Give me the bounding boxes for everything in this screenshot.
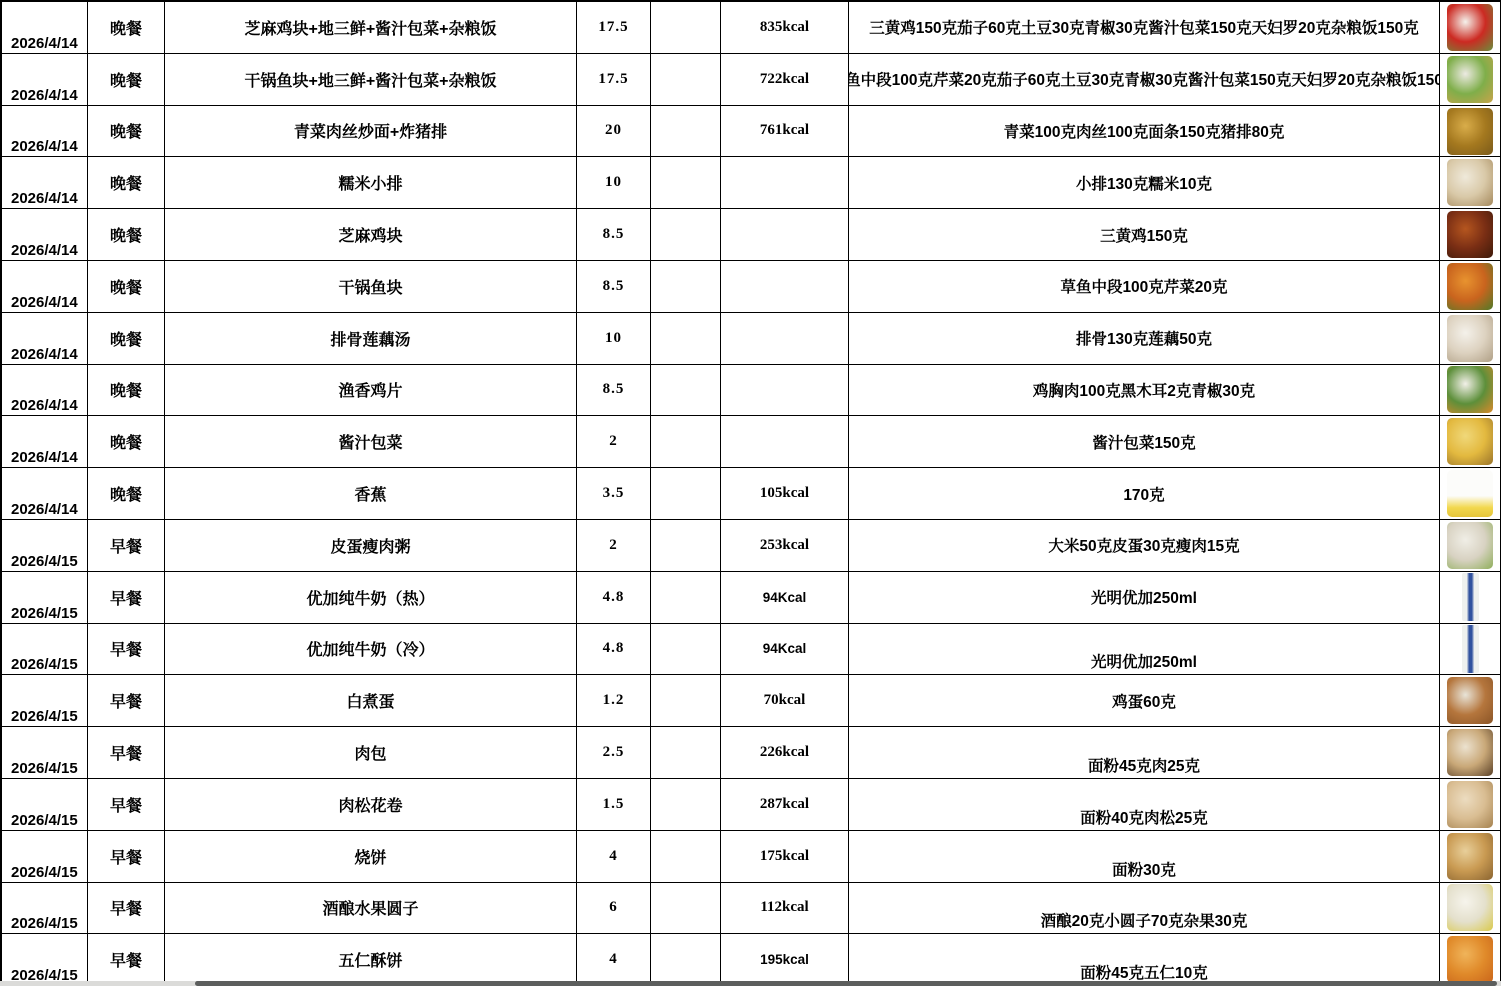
calories-cell[interactable] xyxy=(721,416,849,467)
photo-cell[interactable] xyxy=(1440,572,1501,623)
dish-name-cell[interactable]: 肉包 xyxy=(165,727,577,778)
rice-ball-steamer-photo xyxy=(1447,159,1493,206)
calories-cell[interactable]: 253kcal xyxy=(721,520,849,571)
table-row: 2026/4/14 晚餐 干锅鱼块+地三鲜+酱汁包菜+杂粮饭 17.5 722k… xyxy=(2,54,1501,106)
photo-cell[interactable] xyxy=(1440,934,1501,985)
ingredients-cell[interactable]: 面粉45克五仁10克 xyxy=(849,934,1440,985)
date-cell[interactable]: 2026/4/14 xyxy=(2,313,88,364)
empty-cell[interactable] xyxy=(651,365,721,416)
dry-pot-fish-photo xyxy=(1447,263,1493,310)
ingredients-cell[interactable]: 面粉40克肉松25克 xyxy=(849,779,1440,830)
meal-type-cell[interactable]: 晚餐 xyxy=(88,209,165,260)
price-cell[interactable]: 1.5 xyxy=(577,779,651,830)
ingredients-cell[interactable]: 酱汁包菜150克 xyxy=(849,416,1440,467)
meal-type-cell[interactable]: 晚餐 xyxy=(88,313,165,364)
ingredients-cell[interactable]: 草鱼中段100克芹菜20克茄子60克土豆30克青椒30克酱汁包菜150克天妇罗2… xyxy=(849,54,1440,105)
dish-name-cell[interactable]: 芝麻鸡块 xyxy=(165,209,577,260)
empty-cell[interactable] xyxy=(651,261,721,312)
table-row: 2026/4/15 早餐 优加纯牛奶（冷） 4.8 94Kcal 光明优加250… xyxy=(2,624,1501,676)
dish-name-cell[interactable]: 芝麻鸡块+地三鲜+酱汁包菜+杂粮饭 xyxy=(165,2,577,53)
date-cell[interactable]: 2026/4/15 xyxy=(2,675,88,726)
calories-cell[interactable]: 105kcal xyxy=(721,468,849,519)
photo-cell[interactable] xyxy=(1440,365,1501,416)
dish-name-cell[interactable]: 酱汁包菜 xyxy=(165,416,577,467)
table-row: 2026/4/14 晚餐 排骨莲藕汤 10 排骨130克莲藕50克 xyxy=(2,313,1501,365)
photo-cell[interactable] xyxy=(1440,209,1501,260)
ingredients-cell[interactable]: 青菜100克肉丝100克面条150克猪排80克 xyxy=(849,106,1440,157)
table-row: 2026/4/15 早餐 优加纯牛奶（热） 4.8 94Kcal 光明优加250… xyxy=(2,572,1501,624)
date-cell[interactable]: 2026/4/15 xyxy=(2,572,88,623)
meat-bun-photo xyxy=(1447,729,1493,776)
meal-type-cell[interactable]: 晚餐 xyxy=(88,157,165,208)
empty-cell[interactable] xyxy=(651,779,721,830)
meal-type-cell[interactable]: 早餐 xyxy=(88,831,165,882)
photo-cell[interactable] xyxy=(1440,624,1501,675)
calories-cell[interactable]: 94Kcal xyxy=(721,572,849,623)
price-cell[interactable]: 4.8 xyxy=(577,572,651,623)
dish-name-cell[interactable]: 皮蛋瘦肉粥 xyxy=(165,520,577,571)
ingredients-cell[interactable]: 三黄鸡150克 xyxy=(849,209,1440,260)
date-cell[interactable]: 2026/4/15 xyxy=(2,520,88,571)
chicken-stirfry-photo xyxy=(1447,366,1493,413)
price-cell[interactable]: 1.2 xyxy=(577,675,651,726)
dish-name-cell[interactable]: 烧饼 xyxy=(165,831,577,882)
milk-carton-photo xyxy=(1462,573,1479,621)
meal-type-cell[interactable]: 早餐 xyxy=(88,520,165,571)
ingredients-cell[interactable]: 面粉30克 xyxy=(849,831,1440,882)
table-row: 2026/4/14 晚餐 酱汁包菜 2 酱汁包菜150克 xyxy=(2,416,1501,468)
date-cell[interactable]: 2026/4/15 xyxy=(2,934,88,985)
meal-type-cell[interactable]: 晚餐 xyxy=(88,106,165,157)
price-cell[interactable]: 4.8 xyxy=(577,624,651,675)
calories-cell[interactable]: 835kcal xyxy=(721,2,849,53)
calories-cell[interactable]: 94Kcal xyxy=(721,624,849,675)
photo-cell[interactable] xyxy=(1440,54,1501,105)
date-cell[interactable]: 2026/4/14 xyxy=(2,157,88,208)
calories-cell[interactable]: 112kcal xyxy=(721,883,849,934)
empty-cell[interactable] xyxy=(651,520,721,571)
sauce-cabbage-photo xyxy=(1447,418,1493,465)
date-cell[interactable]: 2026/4/14 xyxy=(2,2,88,53)
calories-cell[interactable]: 722kcal xyxy=(721,54,849,105)
dish-name-cell[interactable]: 干锅鱼块 xyxy=(165,261,577,312)
meal-type-cell[interactable]: 晚餐 xyxy=(88,2,165,53)
horizontal-scrollbar-thumb[interactable] xyxy=(195,981,1497,986)
table-row: 2026/4/14 晚餐 青菜肉丝炒面+炸猪排 20 761kcal 青菜100… xyxy=(2,106,1501,158)
price-cell[interactable]: 17.5 xyxy=(577,54,651,105)
empty-cell[interactable] xyxy=(651,675,721,726)
meal-type-cell[interactable]: 早餐 xyxy=(88,883,165,934)
meal-type-cell[interactable]: 晚餐 xyxy=(88,416,165,467)
banana-photo xyxy=(1447,470,1493,517)
price-cell[interactable]: 2.5 xyxy=(577,727,651,778)
meal-type-cell[interactable]: 晚餐 xyxy=(88,468,165,519)
calories-cell[interactable] xyxy=(721,365,849,416)
calories-cell[interactable]: 70kcal xyxy=(721,675,849,726)
price-cell[interactable]: 8.5 xyxy=(577,261,651,312)
photo-cell[interactable] xyxy=(1440,520,1501,571)
calories-cell[interactable]: 195kcal xyxy=(721,934,849,985)
meal-type-cell[interactable]: 晚餐 xyxy=(88,365,165,416)
calories-cell[interactable] xyxy=(721,261,849,312)
price-cell[interactable]: 10 xyxy=(577,313,651,364)
ingredients-cell[interactable]: 光明优加250ml xyxy=(849,624,1440,675)
date-cell[interactable]: 2026/4/14 xyxy=(2,54,88,105)
meal-type-cell[interactable]: 晚餐 xyxy=(88,261,165,312)
price-cell[interactable]: 6 xyxy=(577,883,651,934)
photo-cell[interactable] xyxy=(1440,883,1501,934)
photo-cell[interactable] xyxy=(1440,2,1501,53)
dish-name-cell[interactable]: 酒酿水果圆子 xyxy=(165,883,577,934)
dish-name-cell[interactable]: 五仁酥饼 xyxy=(165,934,577,985)
price-cell[interactable]: 8.5 xyxy=(577,365,651,416)
photo-cell[interactable] xyxy=(1440,416,1501,467)
ingredients-cell[interactable]: 草鱼中段100克芹菜20克 xyxy=(849,261,1440,312)
photo-cell[interactable] xyxy=(1440,675,1501,726)
calories-cell[interactable] xyxy=(721,209,849,260)
date-cell[interactable]: 2026/4/14 xyxy=(2,209,88,260)
price-cell[interactable]: 20 xyxy=(577,106,651,157)
photo-cell[interactable] xyxy=(1440,831,1501,882)
calories-cell[interactable]: 226kcal xyxy=(721,727,849,778)
photo-cell[interactable] xyxy=(1440,261,1501,312)
flower-roll-photo xyxy=(1447,781,1493,828)
table-row: 2026/4/15 早餐 酒酿水果圆子 6 112kcal 酒酿20克小圆子70… xyxy=(2,883,1501,935)
empty-cell[interactable] xyxy=(651,313,721,364)
price-cell[interactable]: 10 xyxy=(577,157,651,208)
table-row: 2026/4/14 晚餐 渔香鸡片 8.5 鸡胸肉100克黑木耳2克青椒30克 xyxy=(2,365,1501,417)
price-cell[interactable]: 2 xyxy=(577,416,651,467)
empty-cell[interactable] xyxy=(651,727,721,778)
meal-type-cell[interactable]: 早餐 xyxy=(88,675,165,726)
photo-cell[interactable] xyxy=(1440,157,1501,208)
meal-type-cell[interactable]: 晚餐 xyxy=(88,54,165,105)
date-cell[interactable]: 2026/4/15 xyxy=(2,727,88,778)
empty-cell[interactable] xyxy=(651,831,721,882)
calories-cell[interactable]: 287kcal xyxy=(721,779,849,830)
sesame-chicken-photo xyxy=(1447,211,1493,258)
date-cell[interactable]: 2026/4/14 xyxy=(2,106,88,157)
horizontal-scrollbar[interactable] xyxy=(0,981,1501,986)
table-row: 2026/4/15 早餐 烧饼 4 175kcal 面粉30克 xyxy=(2,831,1501,883)
dish-name-cell[interactable]: 优加纯牛奶（冷） xyxy=(165,624,577,675)
empty-cell[interactable] xyxy=(651,934,721,985)
empty-cell[interactable] xyxy=(651,468,721,519)
ingredients-cell[interactable]: 酒酿20克小圆子70克杂果30克 xyxy=(849,883,1440,934)
meal-menu-table: 2026/4/14 晚餐 芝麻鸡块+地三鲜+酱汁包菜+杂粮饭 17.5 835k… xyxy=(0,0,1501,986)
date-cell[interactable]: 2026/4/15 xyxy=(2,883,88,934)
photo-cell[interactable] xyxy=(1440,313,1501,364)
table-row: 2026/4/15 早餐 白煮蛋 1.2 70kcal 鸡蛋60克 xyxy=(2,675,1501,727)
table-row: 2026/4/15 早餐 肉松花卷 1.5 287kcal 面粉40克肉松25克 xyxy=(2,779,1501,831)
dish-name-cell[interactable]: 肉松花卷 xyxy=(165,779,577,830)
dish-name-cell[interactable]: 香蕉 xyxy=(165,468,577,519)
meal-type-cell[interactable]: 早餐 xyxy=(88,624,165,675)
price-cell[interactable]: 8.5 xyxy=(577,209,651,260)
dish-name-cell[interactable]: 渔香鸡片 xyxy=(165,365,577,416)
calories-cell[interactable] xyxy=(721,157,849,208)
ingredients-cell[interactable]: 小排130克糯米10克 xyxy=(849,157,1440,208)
meal-type-cell[interactable]: 早餐 xyxy=(88,779,165,830)
ingredients-cell[interactable]: 鸡胸肉100克黑木耳2克青椒30克 xyxy=(849,365,1440,416)
meal-type-cell[interactable]: 早餐 xyxy=(88,572,165,623)
date-cell[interactable]: 2026/4/14 xyxy=(2,365,88,416)
ingredients-cell[interactable]: 光明优加250ml xyxy=(849,572,1440,623)
date-cell[interactable]: 2026/4/15 xyxy=(2,831,88,882)
table-row: 2026/4/14 晚餐 芝麻鸡块 8.5 三黄鸡150克 xyxy=(2,209,1501,261)
dish-name-cell[interactable]: 优加纯牛奶（热） xyxy=(165,572,577,623)
ingredients-cell[interactable]: 面粉45克肉25克 xyxy=(849,727,1440,778)
table-row: 2026/4/14 晚餐 干锅鱼块 8.5 草鱼中段100克芹菜20克 xyxy=(2,261,1501,313)
meal-type-cell[interactable]: 早餐 xyxy=(88,934,165,985)
ingredients-cell[interactable]: 大米50克皮蛋30克瘦肉15克 xyxy=(849,520,1440,571)
fried-noodles-photo xyxy=(1447,108,1493,155)
date-cell[interactable]: 2026/4/14 xyxy=(2,416,88,467)
congee-photo xyxy=(1447,522,1493,569)
dish-name-cell[interactable]: 青菜肉丝炒面+炸猪排 xyxy=(165,106,577,157)
empty-cell[interactable] xyxy=(651,106,721,157)
price-cell[interactable]: 2 xyxy=(577,520,651,571)
empty-cell[interactable] xyxy=(651,157,721,208)
milk-carton-photo xyxy=(1462,625,1479,673)
table-row: 2026/4/15 早餐 皮蛋瘦肉粥 2 253kcal 大米50克皮蛋30克瘦… xyxy=(2,520,1501,572)
ingredients-cell[interactable]: 三黄鸡150克茄子60克土豆30克青椒30克酱汁包菜150克天妇罗20克杂粮饭1… xyxy=(849,2,1440,53)
price-cell[interactable]: 17.5 xyxy=(577,2,651,53)
bento-tray-photo xyxy=(1447,4,1493,51)
date-cell[interactable]: 2026/4/15 xyxy=(2,624,88,675)
dish-name-cell[interactable]: 糯米小排 xyxy=(165,157,577,208)
dish-name-cell[interactable]: 排骨莲藕汤 xyxy=(165,313,577,364)
ingredients-cell[interactable]: 排骨130克莲藕50克 xyxy=(849,313,1440,364)
empty-cell[interactable] xyxy=(651,883,721,934)
dish-name-cell[interactable]: 白煮蛋 xyxy=(165,675,577,726)
empty-cell[interactable] xyxy=(651,2,721,53)
dish-name-cell[interactable]: 干锅鱼块+地三鲜+酱汁包菜+杂粮饭 xyxy=(165,54,577,105)
empty-cell[interactable] xyxy=(651,209,721,260)
photo-cell[interactable] xyxy=(1440,727,1501,778)
empty-cell[interactable] xyxy=(651,624,721,675)
table-row: 2026/4/15 早餐 肉包 2.5 226kcal 面粉45克肉25克 xyxy=(2,727,1501,779)
empty-cell[interactable] xyxy=(651,416,721,467)
calories-cell[interactable]: 761kcal xyxy=(721,106,849,157)
table-row: 2026/4/15 早餐 五仁酥饼 4 195kcal 面粉45克五仁10克 xyxy=(2,934,1501,986)
date-cell[interactable]: 2026/4/14 xyxy=(2,468,88,519)
empty-cell[interactable] xyxy=(651,572,721,623)
price-cell[interactable]: 4 xyxy=(577,934,651,985)
table-row: 2026/4/14 晚餐 香蕉 3.5 105kcal 170克 xyxy=(2,468,1501,520)
lotus-root-soup-photo xyxy=(1447,315,1493,362)
meal-type-cell[interactable]: 早餐 xyxy=(88,727,165,778)
price-cell[interactable]: 3.5 xyxy=(577,468,651,519)
boiled-eggs-photo xyxy=(1447,677,1493,724)
date-cell[interactable]: 2026/4/14 xyxy=(2,261,88,312)
five-nut-pastry-photo xyxy=(1447,936,1493,983)
price-cell[interactable]: 4 xyxy=(577,831,651,882)
photo-cell[interactable] xyxy=(1440,106,1501,157)
calories-cell[interactable]: 175kcal xyxy=(721,831,849,882)
compartment-tray-photo xyxy=(1447,56,1493,103)
table-row: 2026/4/14 晚餐 糯米小排 10 小排130克糯米10克 xyxy=(2,157,1501,209)
photo-cell[interactable] xyxy=(1440,468,1501,519)
ingredients-cell[interactable]: 鸡蛋60克 xyxy=(849,675,1440,726)
rice-ball-soup-photo xyxy=(1447,884,1493,931)
ingredients-cell[interactable]: 170克 xyxy=(849,468,1440,519)
calories-cell[interactable] xyxy=(721,313,849,364)
sesame-flatbread-photo xyxy=(1447,833,1493,880)
photo-cell[interactable] xyxy=(1440,779,1501,830)
date-cell[interactable]: 2026/4/15 xyxy=(2,779,88,830)
empty-cell[interactable] xyxy=(651,54,721,105)
table-row: 2026/4/14 晚餐 芝麻鸡块+地三鲜+酱汁包菜+杂粮饭 17.5 835k… xyxy=(2,2,1501,54)
